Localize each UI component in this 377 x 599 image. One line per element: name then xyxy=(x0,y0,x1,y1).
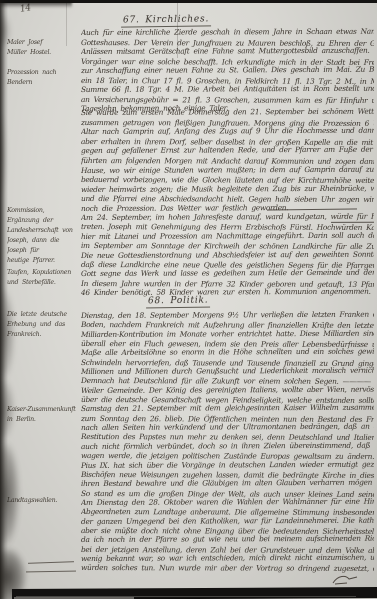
handwritten-line xyxy=(7,58,80,68)
line-head: Am 24. September, im hohen Jahresfeste d… xyxy=(81,213,331,222)
scanned-manuscript-page: 14 67. Kirchliches. 68. Politik. Maler J… xyxy=(0,0,377,599)
photo-edge-smudge xyxy=(0,378,14,440)
handwritten-line: Milliarden-Kontribution im Monate vorher… xyxy=(81,328,374,339)
margin-scribble-dash xyxy=(26,571,76,573)
handwritten-line: Hause, wo wir einige Stunden warten mußt… xyxy=(81,164,374,175)
catchword-flourish xyxy=(331,573,359,587)
handwritten-line: Dienstag, den 18. September Morgens 9½ U… xyxy=(81,311,374,320)
handwritten-line: Anlässen mitsamt Gerätschaft eine Fahne … xyxy=(81,46,374,57)
handwritten-line: Ergänzung der xyxy=(7,216,80,226)
handwritten-line: Gott segne das Werk und lasse es gedeihe… xyxy=(81,268,374,279)
margin-note-emperor-meeting: Kaiser-Zusammenkunftin Berlin. xyxy=(7,405,80,425)
paragraph-parish-year: Am 24. September, im hohen Jahresfeste d… xyxy=(81,213,374,298)
photo-edge-smudge xyxy=(0,442,19,546)
margin-note-procession: Maler JosefMüller Hostel.Prozession nach… xyxy=(7,38,80,88)
handwritten-line: Bendern xyxy=(7,78,80,88)
handwritten-line: Summe 66 fl. 18 Tgr. 4 M. Die Arbeit bei… xyxy=(81,84,374,95)
handwritten-line: Altar nach Gamprin auf, Anfang des Zugs … xyxy=(81,126,374,137)
handwritten-line: Joseph, dann die xyxy=(7,236,80,246)
handwritten-line: Prozession nach xyxy=(7,68,80,78)
handwritten-line: Pius IX. hat sich über die Vorgänge in d… xyxy=(81,459,374,470)
handwritten-line: Am Dienstag den 28. Oktober waren die Wa… xyxy=(81,497,374,508)
handwritten-line: Kommission, xyxy=(7,206,80,216)
handwritten-line: Auch für eine kirchliche Zierde geschah … xyxy=(81,28,374,37)
handwritten-line: heutige Pfarrer. xyxy=(7,256,80,266)
handwritten-line: würden solches tun. Nun wurde mir aber d… xyxy=(81,563,374,572)
paragraph-procession: Sie wurde zum ersten Male Donnerstag den… xyxy=(81,108,374,214)
section-heading-kirchliches: 67. Kirchliches. xyxy=(121,14,211,27)
handwritten-line: Erhebung und das xyxy=(7,320,80,330)
handwritten-line: Maße alle Arbeitslöhne so enorm in die H… xyxy=(81,347,374,358)
photo-edge-smudge xyxy=(0,288,14,380)
handwritten-line: Müller Hostel. xyxy=(7,48,80,58)
margin-note-parish-statistics: Taufen, Kopulationenund Sterbefälle. xyxy=(7,268,80,288)
margin-note-french-indemnity: Die letzte deutscheErhebung und dasFrank… xyxy=(7,310,80,340)
paragraph-church-banner: Auch für eine kirchliche Zierde geschah … xyxy=(81,28,374,114)
handwritten-line: da ich noch in der Pfarre so gut wie neu… xyxy=(81,534,374,545)
underlined-phrase: würde für Herbst die Landesherrschaft an… xyxy=(331,213,374,222)
handwritten-line: 46 Kinder benötigt. 58 Kinder waren zur … xyxy=(81,287,374,298)
handwritten-line: nach allen Seiten hin verkündend und der… xyxy=(81,422,374,433)
handwritten-line: Kaiser-Zusammenkunft xyxy=(7,405,80,415)
handwritten-line: Die neue Gottesdienstordnung und Abschie… xyxy=(81,249,374,260)
margin-note-commission: Kommission,Ergänzung derLandesherrschaft… xyxy=(7,206,80,266)
handwritten-line: Maler Josef xyxy=(7,38,80,48)
handwritten-line: wieder heimwärts zogen; die Musik beglei… xyxy=(81,183,374,194)
handwritten-line: Millionen und Millionen durch Genußsucht… xyxy=(81,366,374,377)
photo-edge-top-left xyxy=(0,0,72,8)
paragraph-politics: Dienstag, den 18. September Morgens 9½ U… xyxy=(81,311,374,573)
handwritten-line: ihren Bestand bewahre und die Gläubigen … xyxy=(81,478,374,489)
handwritten-line: Landesherrschaft von xyxy=(7,226,80,236)
handwritten-line: hier mit Litanei und Prozession am Nachm… xyxy=(81,231,374,242)
handwritten-line: Frankreich. xyxy=(7,330,80,340)
handwritten-line: Die letzte deutsche xyxy=(7,310,80,320)
handwritten-line: gegen auf gefallener Ernst zur haltenden… xyxy=(81,145,374,156)
handwritten-line: wenig bekannt war, so war ich entschiede… xyxy=(81,553,374,564)
handwritten-line: Samstag den 21. September mit dem gleich… xyxy=(81,403,374,414)
handwritten-line: Taufen, Kopulationen xyxy=(7,268,80,278)
handwritten-line: in Berlin. xyxy=(7,415,80,425)
handwritten-line: zur Anschaffung einer neuen Fahne zu St.… xyxy=(81,65,374,76)
handwritten-line: Joseph für xyxy=(7,246,80,256)
margin-scribble-dash xyxy=(28,561,74,564)
handwritten-line: Am 24. September, im hohen Jahresfeste d… xyxy=(81,213,374,222)
handwritten-line: Weiler Gemeinde. Der König des gereinigt… xyxy=(81,384,374,395)
handwritten-line: und Sterbefälle. xyxy=(7,278,80,288)
handwritten-line: Sie wurde zum ersten Male Donnerstag den… xyxy=(81,108,374,118)
handwritten-line: auch nicht förmlich verbündet, doch so i… xyxy=(81,441,374,452)
handwritten-line: der ganzen Umgegend bei den Katholiken, … xyxy=(81,515,374,526)
